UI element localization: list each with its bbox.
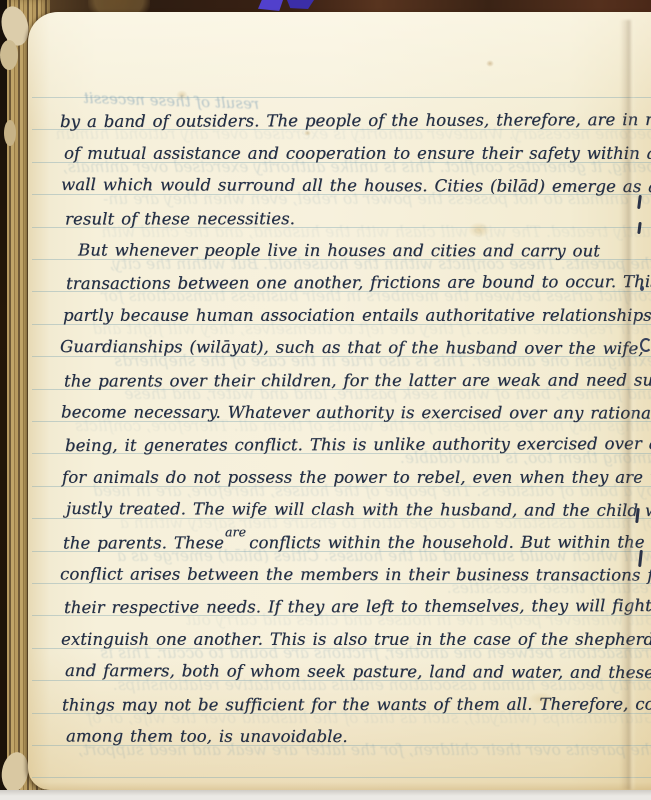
handwriting-line: their respective needs. If they are left… (64, 593, 651, 625)
handwriting-line: But whenever people live in houses and c… (78, 237, 651, 268)
cover-spine-edge (0, 0, 7, 800)
torn-paper-fragment (4, 120, 16, 146)
handwriting-line: conflict arises between the members in t… (60, 561, 651, 592)
handwriting-line: wall which would surround all the houses… (61, 172, 651, 204)
handwriting-line: partly because human association entails… (63, 303, 651, 333)
inserted-word: are (225, 519, 246, 545)
handwriting-line: the parents. Theseareconflicts within th… (63, 529, 651, 560)
gutter-crease (620, 20, 636, 790)
handwriting-line: of mutual assistance and cooperation to … (64, 141, 651, 171)
handwriting-line: among them too, is unavoidable. (66, 723, 651, 754)
cover-purple-mark (287, 0, 314, 9)
torn-paper-fragment (0, 40, 18, 70)
handwriting-line: become necessary. Whatever authority is … (61, 399, 651, 430)
handwriting-line: and farmers, both of whom seek pasture, … (65, 658, 651, 690)
ruled-line (32, 777, 651, 778)
handwriting-line: being, it generates conflict. This is un… (65, 431, 651, 463)
scanner-background (0, 790, 651, 800)
handwriting-line: for animals do not possess the power to … (62, 465, 651, 495)
facing-page-ink-mark (640, 286, 644, 291)
handwriting-line: things may not be sufficient for the wan… (62, 691, 651, 722)
handwriting-line: Guardianships (wilāyat), such as that of… (60, 334, 651, 366)
paper-stain (176, 90, 188, 100)
notebook-scan: become necessary. Whatever authority is … (0, 0, 651, 800)
handwriting-text: conflicts within the household. But with… (249, 532, 651, 552)
handwriting-line: transactions between one another, fricti… (66, 269, 651, 301)
facing-page-ink-mark (640, 338, 651, 352)
paper-stain (304, 130, 311, 136)
handwriting-line: justly treated. The wife will clash with… (66, 496, 651, 528)
paper-stain (528, 692, 554, 706)
cover-purple-mark (258, 0, 283, 11)
handwriting-line: extinguish one another. This is also tru… (61, 627, 651, 657)
handwriting-text: the parents. These (63, 533, 224, 552)
notebook-page: become necessary. Whatever authority is … (28, 12, 651, 790)
handwriting-line: the parents over their children, for the… (64, 367, 651, 398)
handwriting-line: result of these necessities. (65, 205, 651, 236)
paper-stain (468, 222, 490, 238)
handwriting-line: by a band of outsiders. The people of th… (60, 107, 651, 139)
paper-stain (486, 60, 494, 67)
